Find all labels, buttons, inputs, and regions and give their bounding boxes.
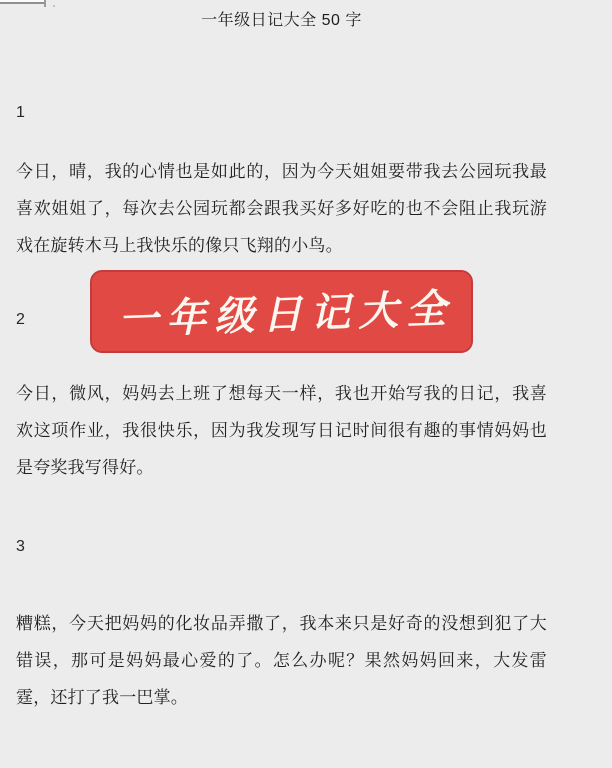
entry-number-3: 3 xyxy=(16,537,547,557)
entry-number-2: 2 xyxy=(16,310,36,330)
banner-text: 一年级日记大全 xyxy=(109,277,455,346)
document-page: 一年级日记大全 50 字 1 今日，晴，我的心情也是如此的，因为今天姐姐要带我去… xyxy=(0,0,612,768)
entry-2-row: 2 一年级日记大全 xyxy=(16,270,547,353)
diary-entry-1-text: 今日，晴，我的心情也是如此的，因为今天姐姐要带我去公园玩我最喜欢姐姐了，每次去公… xyxy=(16,153,547,264)
entry-number-1: 1 xyxy=(16,103,547,123)
document-content: 一年级日记大全 50 字 1 今日，晴，我的心情也是如此的，因为今天姐姐要带我去… xyxy=(0,0,547,716)
diary-entry-3-text: 糟糕，今天把妈妈的化妆品弄撒了，我本来只是好奇的没想到犯了大错误，那可是妈妈最心… xyxy=(16,605,547,716)
red-banner-image: 一年级日记大全 xyxy=(90,270,473,353)
diary-entry-2-text: 今日，微风，妈妈去上班了想每天一样，我也开始写我的日记，我喜欢这项作业，我很快乐… xyxy=(16,375,547,486)
page-title: 一年级日记大全 50 字 xyxy=(16,10,547,32)
